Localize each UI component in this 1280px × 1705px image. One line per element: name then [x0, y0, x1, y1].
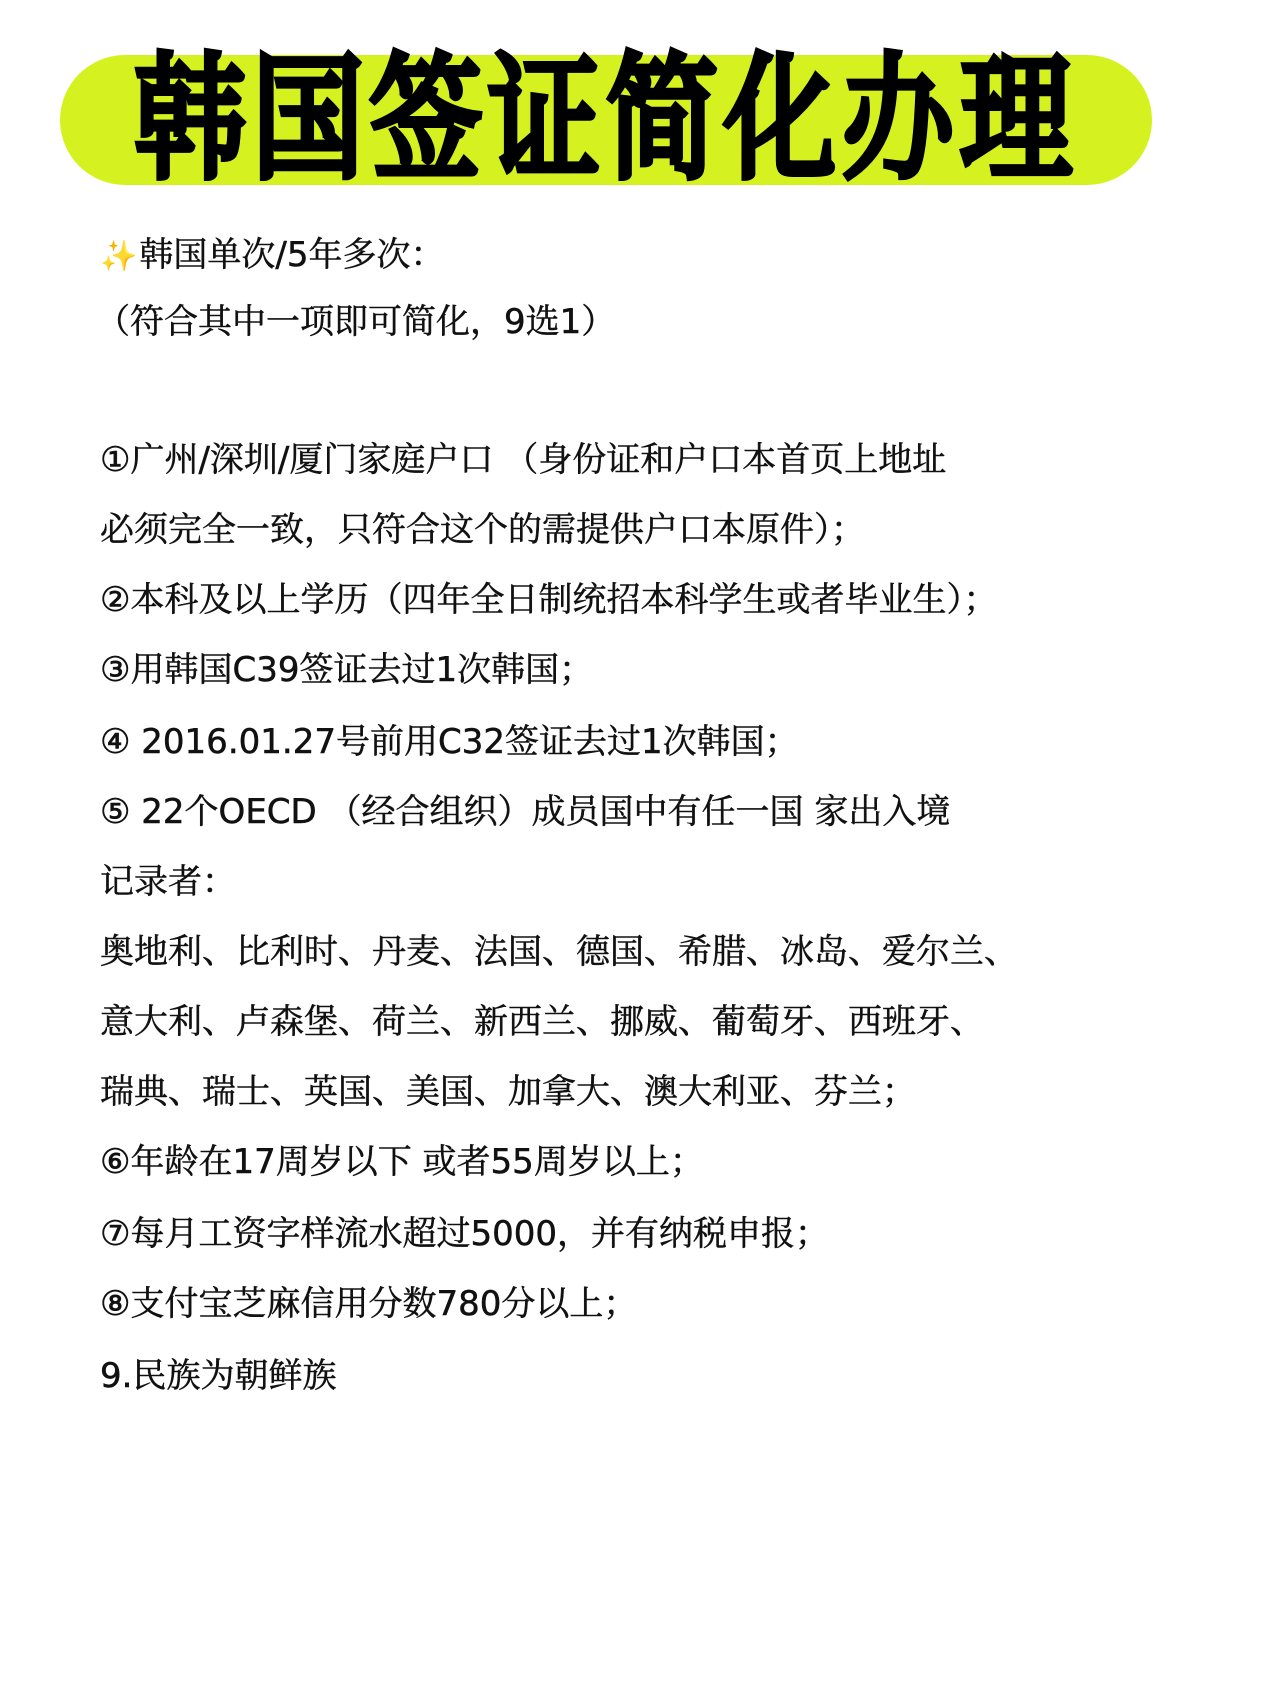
intro-heading-row: ✨韩国单次/5年多次：	[100, 233, 444, 279]
condition-2: ②本科及以上学历（四年全日制统招本科学生或者毕业生）；	[100, 578, 997, 622]
condition-1-line-1: ①广州/深圳/厦门家庭户口 （身份证和户口本首页上地址	[100, 438, 946, 482]
condition-6: ⑥年龄在17周岁以下 或者55周岁以上；	[100, 1140, 704, 1184]
oecd-country-list-line-2: 意大利、卢森堡、荷兰、新西兰、挪威、葡萄牙、西班牙、	[100, 1000, 984, 1044]
condition-8: ⑧支付宝芝麻信用分数780分以上；	[100, 1282, 637, 1326]
title-banner: 韩国签证简化办理	[60, 55, 1152, 185]
condition-5-line-2: 记录者：	[100, 860, 236, 904]
condition-4: ④ 2016.01.27号前用C32签证去过1次韩国；	[100, 720, 799, 764]
oecd-country-list-line-1: 奥地利、比利时、丹麦、法国、德国、希腊、冰岛、爱尔兰、	[100, 930, 1018, 974]
intro-heading: 韩国单次/5年多次：	[139, 235, 444, 275]
condition-9: 9.民族为朝鲜族	[100, 1354, 336, 1398]
intro-subheading: （符合其中一项即可简化，9选1）	[96, 300, 615, 344]
condition-3: ③用韩国C39签证去过1次韩国；	[100, 648, 593, 692]
oecd-country-list-line-3: 瑞典、瑞士、英国、美国、加拿大、澳大利亚、芬兰；	[100, 1070, 916, 1114]
sparkles-icon: ✨	[100, 239, 137, 274]
condition-1-line-2: 必须完全一致，只符合这个的需提供户口本原件）；	[100, 508, 865, 552]
page-title: 韩国签证简化办理	[134, 52, 1078, 189]
condition-5-line-1: ⑤ 22个OECD （经合组织）成员国中有任一国 家出入境	[100, 790, 950, 834]
condition-7: ⑦每月工资字样流水超过5000，并有纳税申报；	[100, 1212, 829, 1256]
